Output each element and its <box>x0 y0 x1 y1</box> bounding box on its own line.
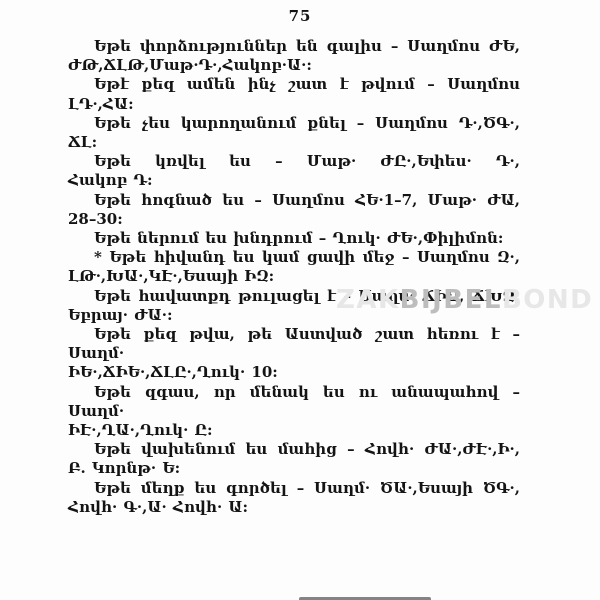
text-line: Եթե հավատքդ թուլացել է – Սաղմ· ՃԻԶ, ՃԽԶ, <box>68 287 520 306</box>
text-line: ԺԹ,ՃԼԹ,Մաթ·Դ·,Հակոբ·Ա·: <box>68 56 520 75</box>
text-line: Եթե հոգնած ես – Սաղմոս ՀԵ·1–7, Մաթ· ԺԱ, <box>68 191 520 210</box>
text-line: Հովհ· Գ·,Ա· Հովհ· Ա: <box>68 498 520 517</box>
text-line: Բ. Կորնթ· Ե: <box>68 459 520 478</box>
text-line: ԻԵ·,ՃԻԵ·,ՃԼԸ·,Ղուկ· 10: <box>68 363 520 382</box>
text-line: ԻԷ·,ՂԱ·,Ղուկ· Ը: <box>68 421 520 440</box>
text-line: Եթե քեզ թվա, թե Աստված շատ հեռու է – Սաղ… <box>68 325 520 363</box>
text-line: Եթե մեղք ես գործել – Սաղմ· ԾԱ·,Եսայի ԾԳ·… <box>68 479 520 498</box>
text-line: Հակոբ Դ: <box>68 171 520 190</box>
text-line: Եթե ներում ես խնդրում – Ղուկ· ԺԵ·,Փիլիմո… <box>68 229 520 248</box>
book-page: 75 Եթե փորձություններ են գալիս – Սաղմոս … <box>0 0 600 600</box>
text-line: ԼԴ·,ՀԱ: <box>68 95 520 114</box>
page-number: 75 <box>0 7 600 25</box>
text-line: Եթե զգաս, որ մենակ ես ու անապահով – Սաղմ… <box>68 383 520 421</box>
text-line: Եբրայ· ԺԱ·: <box>68 306 520 325</box>
text-line: Եթե կռվել ես – Մաթ· ԺԸ·,Եփես· Դ·, <box>68 152 520 171</box>
text-line: ԼԹ·,ԽԱ·,ԿԷ·,Եսայի ԻԶ: <box>68 267 520 286</box>
text-line: Եթե վախենում ես մահից – Հովհ· ԺԱ·,ԺԷ·,Ի·… <box>68 440 520 459</box>
text-line: Եթե չես կարողանում քնել – Սաղմոս Դ·,ԾԳ·, <box>68 114 520 133</box>
text-line: Եթե փորձություններ են գալիս – Սաղմոս ԺԵ, <box>68 37 520 56</box>
text-line: * Եթե հիվանդ ես կամ ցավի մեջ – Սաղմոս Զ·… <box>68 248 520 267</box>
text-line: Եթէ քեզ ամեն ինչ շատ է թվում – Սաղմոս <box>68 75 520 94</box>
text-line: ՃԼ: <box>68 133 520 152</box>
text-line: 28–30: <box>68 210 520 229</box>
body-text: Եթե փորձություններ են գալիս – Սաղմոս ԺԵ,… <box>68 37 520 517</box>
